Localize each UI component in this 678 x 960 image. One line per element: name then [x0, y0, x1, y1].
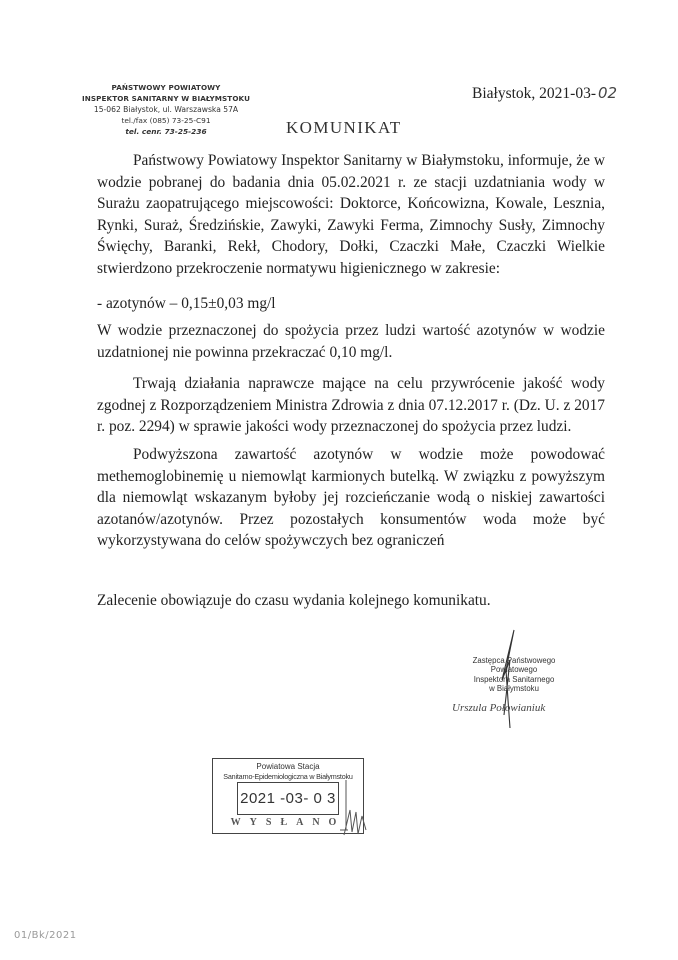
paragraph-notice: Państwowy Powiatowy Inspektor Sanitarny … — [97, 150, 605, 280]
signatory-line-3: Inspektora Sanitarnego — [448, 675, 580, 684]
issuer-tel-center: tel. cenr. 73-25-236 — [66, 126, 266, 137]
signatory-line-4: w Białymstoku — [448, 684, 580, 693]
signatory-name: Urszula Połowianiuk — [452, 702, 545, 714]
issuer-line-1: PAŃSTWOWY POWIATOWY — [66, 82, 266, 93]
issuer-header: PAŃSTWOWY POWIATOWY INSPEKTOR SANITARNY … — [66, 82, 266, 137]
document-title: KOMUNIKAT — [286, 118, 402, 138]
paragraph-remedial-actions: Trwają działania naprawcze mające na cel… — [97, 373, 605, 438]
paragraph-validity: Zalecenie obowiązuje do czasu wydania ko… — [97, 590, 605, 612]
document-date: Białystok, 2021-03-02 — [472, 84, 617, 103]
paragraph-health-advice: Podwyższona zawartość azotynów w wodzie … — [97, 444, 605, 552]
reference-handwritten-note: 01/Bk/2021 — [14, 930, 77, 941]
stamp-line-1: Powiatowa Stacja — [213, 762, 363, 771]
issuer-line-2: INSPEKTOR SANITARNY W BIAŁYMSTOKU — [66, 93, 266, 104]
paragraph-limit: W wodzie przeznaczonej do spożycia przez… — [97, 320, 605, 363]
date-printed: Białystok, 2021-03- — [472, 85, 596, 102]
stamp-date: 2021 -03- 0 3 — [237, 782, 339, 815]
signatory-title: Zastępca Państwowego Powiatowego Inspekt… — [448, 656, 580, 694]
issuer-telfax: tel./fax (085) 73-25-C91 — [66, 115, 266, 126]
paragraph-nitrite-value: - azotynów – 0,15±0,03 mg/l — [97, 293, 605, 315]
issuer-address: 15-062 Białystok, ul. Warszawska 57A — [66, 104, 266, 115]
signatory-line-2: Powiatowego — [448, 665, 580, 674]
signatory-line-1: Zastępca Państwowego — [448, 656, 580, 665]
date-handwritten-day: 02 — [598, 84, 617, 102]
stamp-initials-icon — [340, 780, 380, 840]
